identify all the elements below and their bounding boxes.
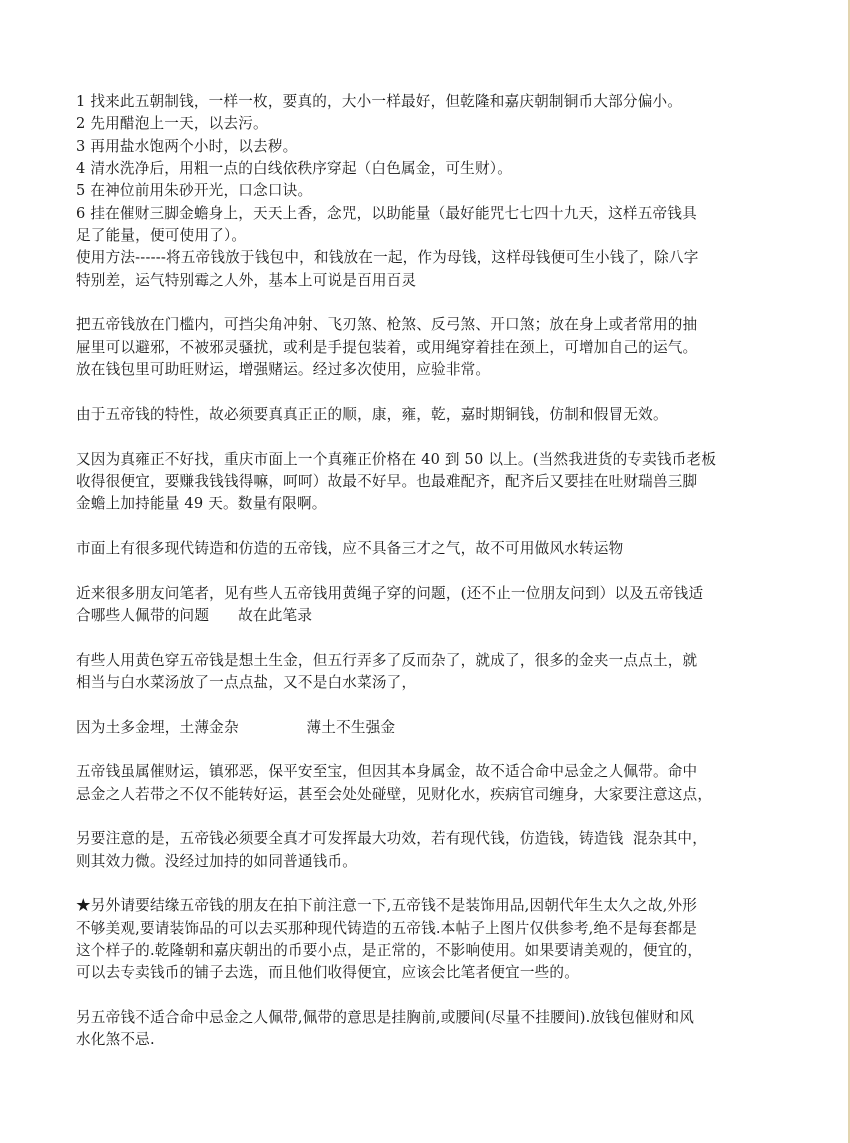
paragraph-wearing: 另五帝钱不适合命中忌金之人佩带,佩带的意思是挂胸前,或腰间(尽量不挂腰间).放钱…	[76, 1007, 748, 1052]
paragraph-line: 近来很多朋友问笔者，见有些人五帝钱用黄绳子穿的问题，(还不止一位朋友问到）以及五…	[76, 583, 748, 605]
paragraph-line: 有些人用黄色穿五帝钱是想土生金，但五行弄多了反而杂了，就成了，很多的金夹一点点土…	[76, 650, 748, 672]
paragraph-spacer	[76, 694, 748, 716]
paragraph-line: 忌金之人若带之不仅不能转好运，甚至会处处碰壁，见财化水，疾病官司缠身，大家要注意…	[76, 784, 748, 806]
step-line: 4 清水洗净后，用粗一点的白线依秩序穿起（白色属金，可生财）。	[76, 158, 748, 180]
step-line: 6 挂在催财三脚金蟾身上，天天上香，念咒，以助能量（最好能咒七七四十九天，这样五…	[76, 203, 748, 225]
paragraph-line: 因为土多金埋，土薄金杂 薄土不生强金	[76, 717, 748, 739]
paragraph-line: 相当与白水菜汤放了一点点盐，又不是白水菜汤了，	[76, 672, 748, 694]
paragraph-line: 不够美观,要请装饰品的可以去买那种现代铸造的五帝钱.本帖子上图片仅供参考,绝不是…	[76, 918, 748, 940]
paragraph-friends-questions: 近来很多朋友问笔者，见有些人五帝钱用黄绳子穿的问题，(还不止一位朋友问到）以及五…	[76, 583, 748, 628]
paragraph-line: 另五帝钱不适合命中忌金之人佩带,佩带的意思是挂胸前,或腰间(尽量不挂腰间).放钱…	[76, 1007, 748, 1029]
paragraph-earth-metal: 因为土多金埋，土薄金杂 薄土不生强金	[76, 717, 748, 739]
paragraph-modern-copies: 市面上有很多现代铸造和仿造的五帝钱，应不具备三才之气，故不可用做风水转运物	[76, 538, 748, 560]
paragraph-line: 可以去专卖钱币的铺子去选，而且他们收得便宜，应该会比笔者便宜一些的。	[76, 962, 748, 984]
paragraph-spacer	[76, 426, 748, 448]
paragraph-spacer	[76, 627, 748, 649]
paragraph-placement: 把五帝钱放在门槛内，可挡尖角冲射、飞刃煞、枪煞、反弓煞、开口煞；放在身上或者常用…	[76, 314, 748, 381]
paragraph-spacer	[76, 985, 748, 1007]
paragraph-spacer	[76, 516, 748, 538]
usage-line: 特别差，运气特别霉之人外，基本上可说是百用百灵	[76, 270, 748, 292]
paragraph-spacer	[76, 806, 748, 828]
paragraph-line: ★另外请要结缘五帝钱的朋友在拍下前注意一下,五帝钱不是装饰用品,因朝代年生太久之…	[76, 895, 748, 917]
paragraph-line: 五帝钱虽属催财运，镇邪恶，保平安至宝，但因其本身属金，故不适合命中忌金之人佩带。…	[76, 761, 748, 783]
paragraph-spacer	[76, 381, 748, 403]
paragraph-line: 把五帝钱放在门槛内，可挡尖角冲射、飞刃煞、枪煞、反弓煞、开口煞；放在身上或者常用…	[76, 314, 748, 336]
paragraph-line: 这个样子的.乾隆朝和嘉庆朝出的币要小点，是正常的，不影响使用。如果要请美观的，便…	[76, 940, 748, 962]
paragraph-yellow-rope: 有些人用黄色穿五帝钱是想土生金，但五行弄多了反而杂了，就成了，很多的金夹一点点土…	[76, 650, 748, 695]
paragraph-line: 市面上有很多现代铸造和仿造的五帝钱，应不具备三才之气，故不可用做风水转运物	[76, 538, 748, 560]
step-line: 5 在神位前用朱砂开光，口念口诀。	[76, 180, 748, 202]
step-line: 2 先用醋泡上一天，以去污。	[76, 113, 748, 135]
usage-line: 使用方法------将五帝钱放于钱包中，和钱放在一起，作为母钱，这样母钱便可生小…	[76, 247, 748, 269]
paragraph-line: 由于五帝钱的特性，故必须要真真正正的顺，康，雍，乾，嘉时期铜钱，仿制和假冒无效。	[76, 404, 748, 426]
paragraph-spacer	[76, 739, 748, 761]
steps-block: 1 找来此五朝制钱，一样一枚，要真的，大小一样最好，但乾隆和嘉庆朝制铜币大部分偏…	[76, 91, 748, 292]
step-line: 足了能量，便可使用了）。	[76, 225, 748, 247]
paragraph-notice: ★另外请要结缘五帝钱的朋友在拍下前注意一下,五帝钱不是装饰用品,因朝代年生太久之…	[76, 895, 748, 984]
paragraph-spacer	[76, 292, 748, 314]
paragraph-line: 则其效力微。没经过加持的如同普通钱币。	[76, 851, 748, 873]
paragraph-line: 水化煞不忌.	[76, 1029, 748, 1051]
paragraph-all-genuine: 另要注意的是，五帝钱必须要全真才可发挥最大功效，若有现代钱，仿造钱，铸造钱 混杂…	[76, 828, 748, 873]
paragraph-line: 收得很便宜，要赚我钱钱得嘛，呵呵）故最不好早。也最难配齐，配齐后又要挂在吐财瑞兽…	[76, 471, 748, 493]
document-page: 1 找来此五朝制钱，一样一枚，要真的，大小一样最好，但乾隆和嘉庆朝制铜币大部分偏…	[0, 0, 849, 1143]
paragraph-line: 合哪些人佩带的问题 故在此笔录	[76, 605, 748, 627]
step-line: 3 再用盐水饱两个小时，以去秽。	[76, 136, 748, 158]
document-body: 1 找来此五朝制钱，一样一枚，要真的，大小一样最好，但乾隆和嘉庆朝制铜币大部分偏…	[76, 91, 748, 1052]
paragraph-spacer	[76, 560, 748, 582]
paragraph-line: 金蟾上加持能量 49 天。数量有限啊。	[76, 493, 748, 515]
paragraph-line: 另要注意的是，五帝钱必须要全真才可发挥最大功效，若有现代钱，仿造钱，铸造钱 混杂…	[76, 828, 748, 850]
paragraph-metal-avoidance: 五帝钱虽属催财运，镇邪恶，保平安至宝，但因其本身属金，故不适合命中忌金之人佩带。…	[76, 761, 748, 806]
paragraph-line: 又因为真雍正不好找，重庆市面上一个真雍正价格在 40 到 50 以上。(当然我进…	[76, 449, 748, 471]
paragraph-yongzheng-price: 又因为真雍正不好找，重庆市面上一个真雍正价格在 40 到 50 以上。(当然我进…	[76, 449, 748, 516]
paragraph-line: 放在钱包里可助旺财运，增强赌运。经过多次使用，应验非常。	[76, 359, 748, 381]
step-line: 1 找来此五朝制钱，一样一枚，要真的，大小一样最好，但乾隆和嘉庆朝制铜币大部分偏…	[76, 91, 748, 113]
paragraph-line: 屉里可以避邪，不被邪灵骚扰，或利是手提包装着，或用绳穿着挂在颈上，可增加自己的运…	[76, 337, 748, 359]
paragraph-authenticity: 由于五帝钱的特性，故必须要真真正正的顺，康，雍，乾，嘉时期铜钱，仿制和假冒无效。	[76, 404, 748, 426]
paragraph-spacer	[76, 873, 748, 895]
